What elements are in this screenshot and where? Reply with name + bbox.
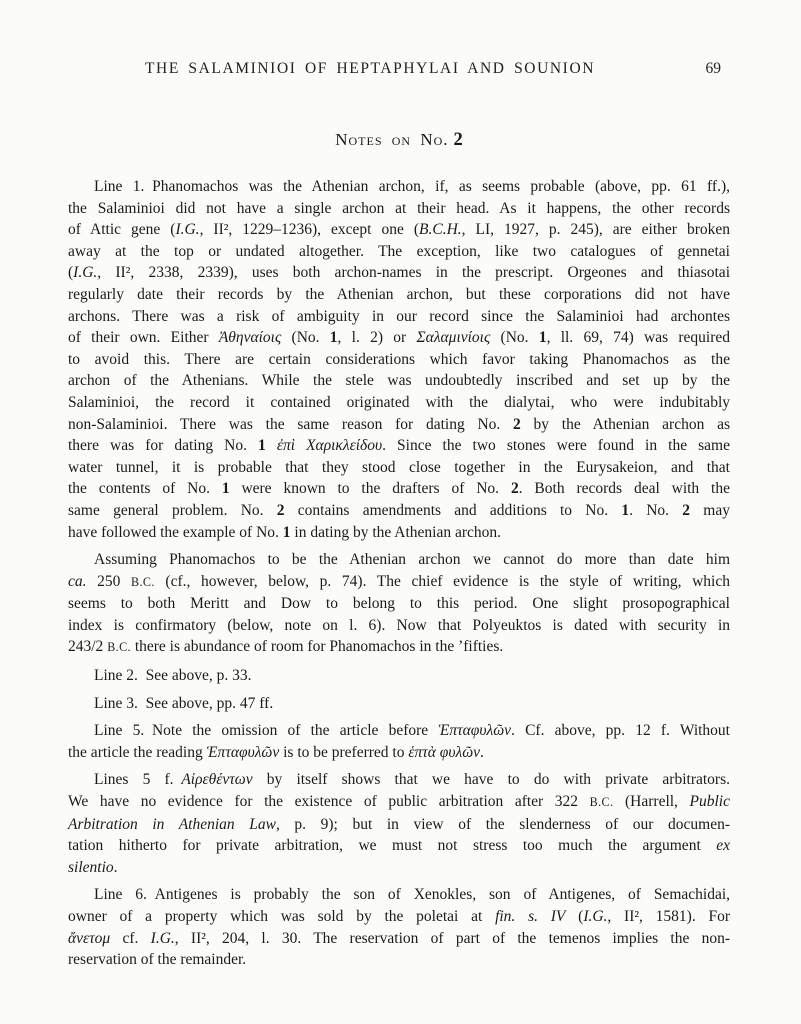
text-line: away at the top or undated altogether. T… <box>68 241 730 263</box>
text-segment: , II², 204, l. 30. The reservation of pa… <box>175 930 730 947</box>
text-segment: , LI, 1927, p. 245), are either broken <box>462 221 730 238</box>
text-line: of Attic gene (I.G., II², 1229–1236), ex… <box>68 219 730 241</box>
text-line: Arbitration in Athenian Law, p. 9); but … <box>68 814 730 836</box>
text-line: Lines 5 f. Αἱρεθέντων by itself shows th… <box>68 769 730 791</box>
text-segment: ἄνετομ <box>68 930 110 947</box>
text-segment: non-Salaminioi. There was the same reaso… <box>68 416 513 433</box>
text-segment: were known to the drafters of No. <box>230 480 511 497</box>
text-line: owner of a property which was sold by th… <box>68 906 730 928</box>
text-segment: Line 6. Antigenes is probably the son of… <box>94 886 730 903</box>
text-segment: same general problem. No. <box>68 502 277 519</box>
paragraph: Line 5. Note the omission of the article… <box>68 720 730 763</box>
text-line: ἄνετομ cf. I.G., II², 204, l. 30. The re… <box>68 928 730 950</box>
text-line: same general problem. No. 2 contains ame… <box>68 500 730 522</box>
text-segment: (Harrell, <box>613 793 689 810</box>
text-segment: ( <box>565 908 583 925</box>
text-segment: . <box>480 744 484 761</box>
text-segment: 243/2 <box>68 638 107 655</box>
text-segment: 2 <box>682 502 690 519</box>
text-segment: 1 <box>330 329 338 346</box>
text-line: archons. There was a risk of ambiguity i… <box>68 306 730 328</box>
text-segment: (No. <box>281 329 330 346</box>
text-line: regularly date their records by the Athe… <box>68 284 730 306</box>
text-segment: . No. <box>629 502 682 519</box>
text-segment: B.C. <box>590 795 614 809</box>
text-segment: index is confirmatory (below, note on l.… <box>68 617 730 634</box>
text-line: tation hitherto for private arbitration,… <box>68 835 730 857</box>
text-segment: tation hitherto for private arbitration,… <box>68 837 716 854</box>
text-segment <box>266 437 277 454</box>
text-line: Line 2. See above, p. 33. <box>68 665 730 687</box>
text-segment: Αἱρεθέντων <box>181 771 252 788</box>
paragraph: Line 6. Antigenes is probably the son of… <box>68 884 730 970</box>
text-segment: is to be preferred to <box>279 744 408 761</box>
paragraph: Line 1. Phanomachos was the Athenian arc… <box>68 176 730 543</box>
text-segment: I.G. <box>583 908 607 925</box>
text-segment: regularly date their records by the Athe… <box>68 286 730 303</box>
page-number: 69 <box>706 60 722 78</box>
text-segment: to avoid this. There are certain conside… <box>68 351 730 368</box>
running-header-title: THE SALAMINIOI OF HEPTAPHYLAI AND SOUNIO… <box>40 60 700 78</box>
text-segment: Σαλαμινίοις <box>416 329 490 346</box>
text-segment: there is abundance of room for Phanomach… <box>131 638 503 655</box>
text-line: (I.G., II², 2338, 2339), uses both archo… <box>68 262 730 284</box>
text-segment: Line 3. See above, pp. 47 ff. <box>94 695 273 712</box>
text-segment: (No. <box>490 329 539 346</box>
text-segment: 1 <box>258 437 266 454</box>
text-segment: 1 <box>283 524 291 541</box>
text-segment: 1 <box>222 480 230 497</box>
text-line: of their own. Either Ἀθηναίοις (No. 1, l… <box>68 327 730 349</box>
text-segment: , p. 9); but in view of the slenderness … <box>276 816 730 833</box>
text-segment: Line 1. Phanomachos was the Athenian arc… <box>94 178 730 195</box>
text-segment: Arbitration in Athenian Law <box>68 816 276 833</box>
text-segment: have followed the example of No. <box>68 524 283 541</box>
text-line: Line 3. See above, pp. 47 ff. <box>68 693 730 715</box>
text-segment: I.G. <box>151 930 175 947</box>
text-segment: Line 5. Note the omission of the article… <box>94 722 438 739</box>
text-segment: , l. 2) or <box>338 329 417 346</box>
text-segment: , II², 2338, 2339), uses both archon-nam… <box>97 264 730 281</box>
text-segment: archon of the Athenians. While the stele… <box>68 372 730 389</box>
text-line: have followed the example of No. 1 in da… <box>68 522 730 544</box>
text-segment: B.C. <box>107 640 131 654</box>
text-segment: Lines 5 f. <box>94 771 181 788</box>
text-segment: 2 <box>277 502 285 519</box>
text-line: 243/2 B.C. there is abundance of room fo… <box>68 636 730 659</box>
text-segment: 1 <box>539 329 547 346</box>
text-line: We have no evidence for the existence of… <box>68 791 730 814</box>
section-heading: Notes on No.2 <box>68 130 730 151</box>
text-segment: ex <box>716 837 730 854</box>
text-line: reservation of the remainder. <box>68 949 730 971</box>
section-heading-number: 2 <box>454 130 463 150</box>
text-segment: 2 <box>511 480 519 497</box>
text-segment: We have no evidence for the existence of… <box>68 793 590 810</box>
text-segment: , ll. 69, 74) was required <box>547 329 730 346</box>
text-segment: ca. <box>68 573 87 590</box>
text-segment: Ἀθηναίοις <box>219 329 281 346</box>
text-line: the Salaminioi did not have a single arc… <box>68 198 730 220</box>
text-segment: Ἑπταφυλῶν <box>207 744 280 761</box>
text-segment: archons. There was a risk of ambiguity i… <box>68 308 730 325</box>
text-segment: . <box>114 859 118 876</box>
text-segment: owner of a property which was sold by th… <box>68 908 495 925</box>
text-line: seems to both Meritt and Dow to belong t… <box>68 593 730 615</box>
text-segment: by the Athenian archon as <box>521 416 730 433</box>
text-segment: Ἑπταφυλῶν <box>438 722 511 739</box>
text-segment: , II², 1581). For <box>607 908 730 925</box>
text-segment: the article the reading <box>68 744 207 761</box>
paragraph: Line 3. See above, pp. 47 ff. <box>68 693 730 715</box>
text-segment: Line 2. See above, p. 33. <box>94 667 252 684</box>
text-segment: reservation of the remainder. <box>68 951 246 968</box>
page-body: Line 1. Phanomachos was the Athenian arc… <box>68 176 730 971</box>
text-segment: 250 <box>87 573 132 590</box>
text-segment: silentio <box>68 859 114 876</box>
text-line: to avoid this. There are certain conside… <box>68 349 730 371</box>
text-segment: , II², 1229–1236), except one ( <box>200 221 419 238</box>
text-segment: of Attic gene ( <box>68 221 175 238</box>
paragraph: Assuming Phanomachos to be the Athenian … <box>68 549 730 659</box>
text-segment: contains amendments and additions to No. <box>285 502 622 519</box>
text-line: the contents of No. 1 were known to the … <box>68 478 730 500</box>
text-line: there was for dating No. 1 ἐπὶ Χαρικλείδ… <box>68 435 730 457</box>
text-segment: away at the top or undated altogether. T… <box>68 243 730 260</box>
text-segment: seems to both Meritt and Dow to belong t… <box>68 595 730 612</box>
text-line: archon of the Athenians. While the stele… <box>68 370 730 392</box>
document-page: THE SALAMINIOI OF HEPTAPHYLAI AND SOUNIO… <box>0 0 801 1024</box>
text-line: silentio. <box>68 857 730 879</box>
text-line: Assuming Phanomachos to be the Athenian … <box>68 549 730 571</box>
paragraph: Line 2. See above, p. 33. <box>68 665 730 687</box>
text-segment: by itself shows that we have to do with … <box>253 771 730 788</box>
text-segment: Assuming Phanomachos to be the Athenian … <box>94 551 730 568</box>
text-line: ca. 250 B.C. (cf., however, below, p. 74… <box>68 571 730 594</box>
text-segment: 1 <box>621 502 629 519</box>
text-segment: water tunnel, it is probable that they s… <box>68 459 730 476</box>
text-line: index is confirmatory (below, note on l.… <box>68 615 730 637</box>
text-segment: I.G. <box>73 264 97 281</box>
text-segment: there was for dating No. <box>68 437 258 454</box>
text-segment: the contents of No. <box>68 480 222 497</box>
text-segment: fin. s. IV <box>495 908 565 925</box>
text-segment: of their own. Either <box>68 329 219 346</box>
text-line: Salaminioi, the record it contained orig… <box>68 392 730 414</box>
text-segment: ἑπτὰ φυλῶν <box>408 744 480 761</box>
section-heading-text: Notes on No. <box>335 130 448 149</box>
text-segment: . Cf. above, pp. 12 f. Without <box>511 722 730 739</box>
text-segment: 2 <box>513 416 521 433</box>
text-line: the article the reading Ἑπταφυλῶν is to … <box>68 742 730 764</box>
text-segment: may <box>690 502 730 519</box>
paragraph: Lines 5 f. Αἱρεθέντων by itself shows th… <box>68 769 730 878</box>
text-segment: cf. <box>110 930 150 947</box>
text-line: Line 5. Note the omission of the article… <box>68 720 730 742</box>
text-line: water tunnel, it is probable that they s… <box>68 457 730 479</box>
text-line: Line 1. Phanomachos was the Athenian arc… <box>68 176 730 198</box>
text-segment: ἐπὶ Χαρικλείδου <box>277 437 382 454</box>
text-segment: . Both records deal with the <box>519 480 730 497</box>
text-segment: in dating by the Athenian archon. <box>291 524 502 541</box>
text-segment: (cf., however, below, p. 74). The chief … <box>155 573 730 590</box>
text-segment: I.G. <box>175 221 199 238</box>
text-segment: B.C.H. <box>419 221 462 238</box>
text-segment: B.C. <box>131 575 155 589</box>
text-segment: . Since the two stones were found in the… <box>382 437 730 454</box>
text-line: non-Salaminioi. There was the same reaso… <box>68 414 730 436</box>
text-segment: the Salaminioi did not have a single arc… <box>68 200 730 217</box>
text-segment: Salaminioi, the record it contained orig… <box>68 394 730 411</box>
text-line: Line 6. Antigenes is probably the son of… <box>68 884 730 906</box>
text-segment: Public <box>690 793 730 810</box>
